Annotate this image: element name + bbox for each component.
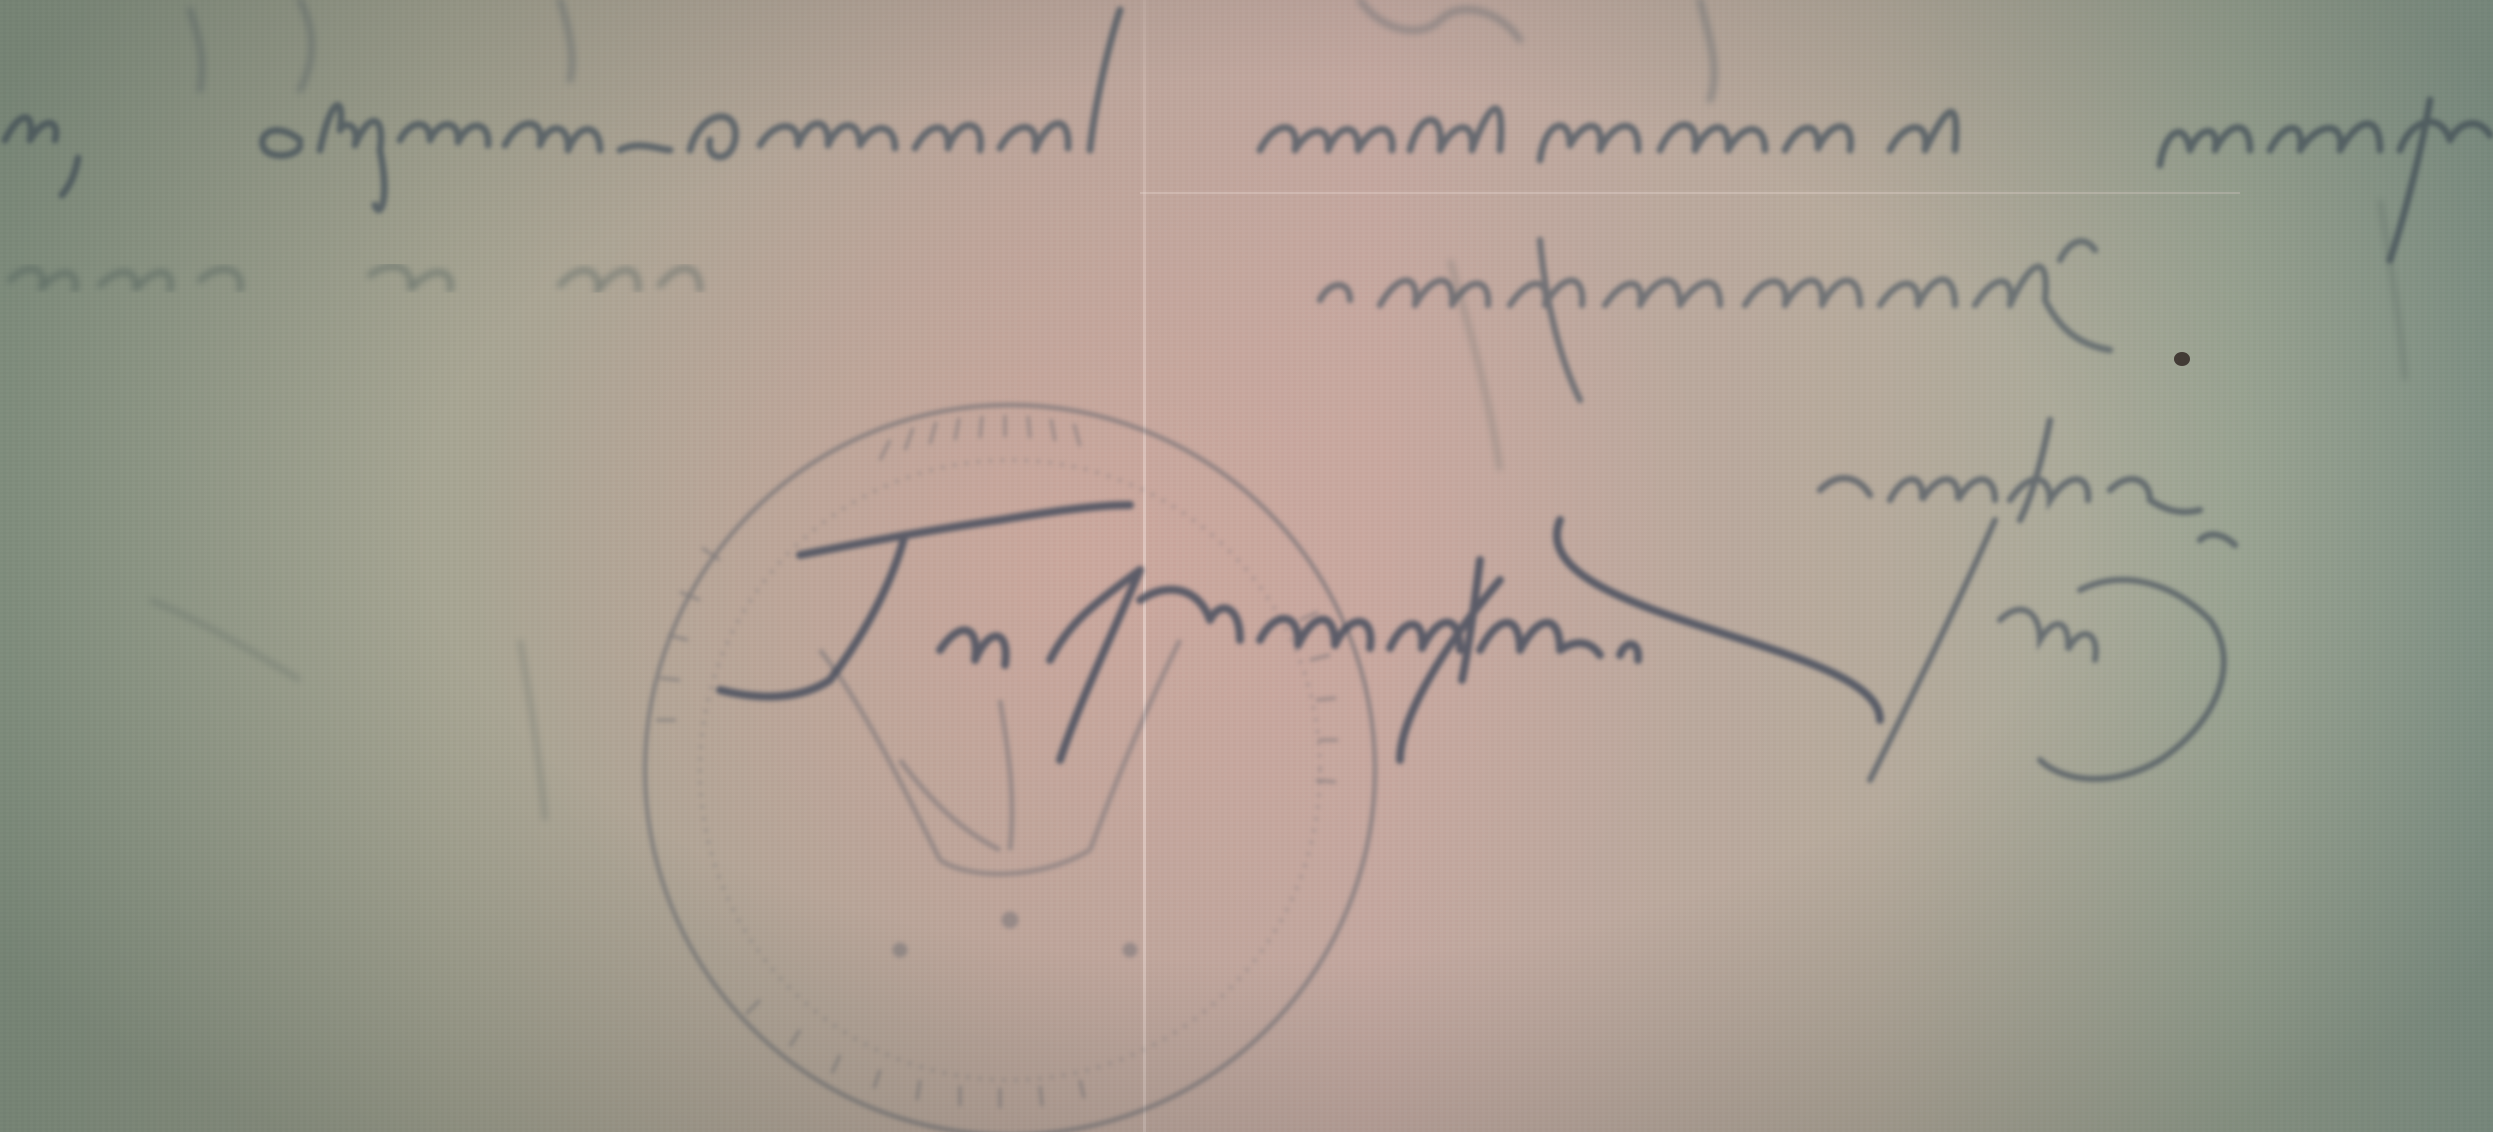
photo-vignette xyxy=(0,0,2493,1132)
